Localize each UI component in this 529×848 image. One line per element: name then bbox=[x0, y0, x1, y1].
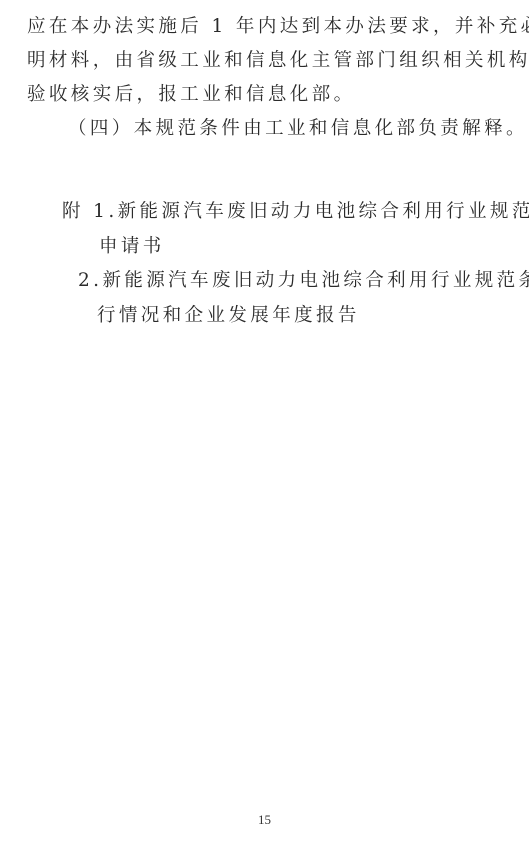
page-number: 15 bbox=[0, 812, 529, 828]
paragraph-line-3: 验收核实后，报工业和信息化部。 bbox=[27, 84, 356, 106]
paragraph-line-1: 应在本办法实施后 1 年内达到本办法要求，并补充必要的证 bbox=[27, 16, 529, 38]
clause-four: （四）本规范条件由工业和信息化部负责解释。 bbox=[68, 118, 528, 140]
attachment-1-line-2: 申请书 bbox=[99, 236, 165, 258]
paragraph-line-2: 明材料，由省级工业和信息化主管部门组织相关机构和专家 bbox=[27, 50, 529, 72]
attachment-2-line-2: 行情况和企业发展年度报告 bbox=[97, 305, 360, 327]
attachment-1-line-1: 附 1.新能源汽车废旧动力电池综合利用行业规范公告 bbox=[62, 201, 529, 223]
attachment-2-line-1: 2.新能源汽车废旧动力电池综合利用行业规范条件执 bbox=[78, 270, 529, 292]
